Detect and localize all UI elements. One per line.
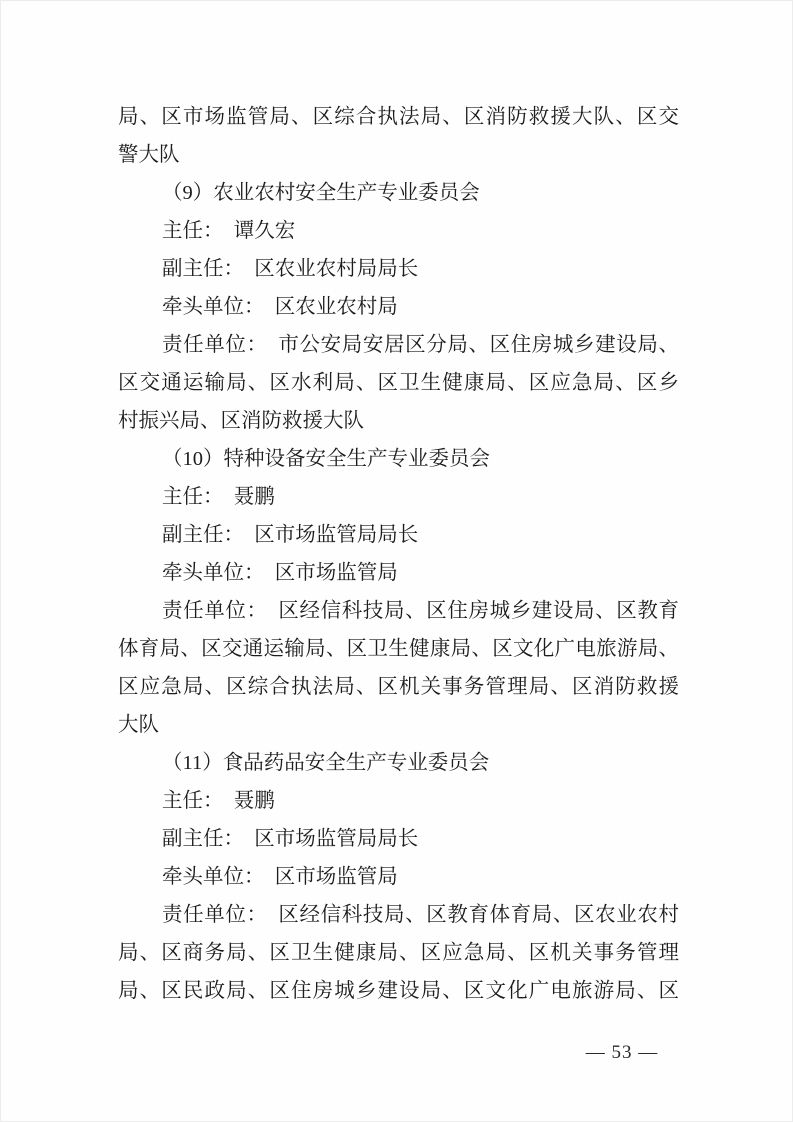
text-line: 局、区商务局、区卫生健康局、区应急局、区机关事务管理 [118, 934, 679, 972]
text-line: 大队 [118, 706, 679, 744]
text-line: 责任单位： 市公安局安居区分局、区住房城乡建设局、 [118, 326, 679, 364]
text-line: 责任单位： 区经信科技局、区教育体育局、区农业农村 [118, 896, 679, 934]
text-line: （11）食品药品安全生产专业委员会 [118, 744, 679, 782]
document-text-block: 局、区市场监管局、区综合执法局、区消防救援大队、区交警大队（9）农业农村安全生产… [118, 98, 679, 1010]
text-line: 区应急局、区综合执法局、区机关事务管理局、区消防救援 [118, 668, 679, 706]
text-line: 副主任： 区农业农村局局长 [118, 250, 679, 288]
text-line: 主任： 聂鹏 [118, 478, 679, 516]
text-line: 牵头单位： 区市场监管局 [118, 858, 679, 896]
text-line: 村振兴局、区消防救援大队 [118, 402, 679, 440]
text-line: （9）农业农村安全生产专业委员会 [118, 174, 679, 212]
text-line: 牵头单位： 区市场监管局 [118, 554, 679, 592]
text-line: 区交通运输局、区水利局、区卫生健康局、区应急局、区乡 [118, 364, 679, 402]
text-line: （10）特种设备安全生产专业委员会 [118, 440, 679, 478]
text-line: 局、区民政局、区住房城乡建设局、区文化广电旅游局、区 [118, 972, 679, 1010]
document-page: 局、区市场监管局、区综合执法局、区消防救援大队、区交警大队（9）农业农村安全生产… [0, 0, 793, 1122]
text-line: 副主任： 区市场监管局局长 [118, 820, 679, 858]
text-line: 局、区市场监管局、区综合执法局、区消防救援大队、区交 [118, 98, 679, 136]
text-line: 体育局、区交通运输局、区卫生健康局、区文化广电旅游局、 [118, 630, 679, 668]
text-line: 牵头单位： 区农业农村局 [118, 288, 679, 326]
text-line: 主任： 谭久宏 [118, 212, 679, 250]
text-line: 警大队 [118, 136, 679, 174]
page-number: — 53 — [562, 1041, 682, 1065]
text-line: 责任单位： 区经信科技局、区住房城乡建设局、区教育 [118, 592, 679, 630]
text-line: 主任： 聂鹏 [118, 782, 679, 820]
text-line: 副主任： 区市场监管局局长 [118, 516, 679, 554]
